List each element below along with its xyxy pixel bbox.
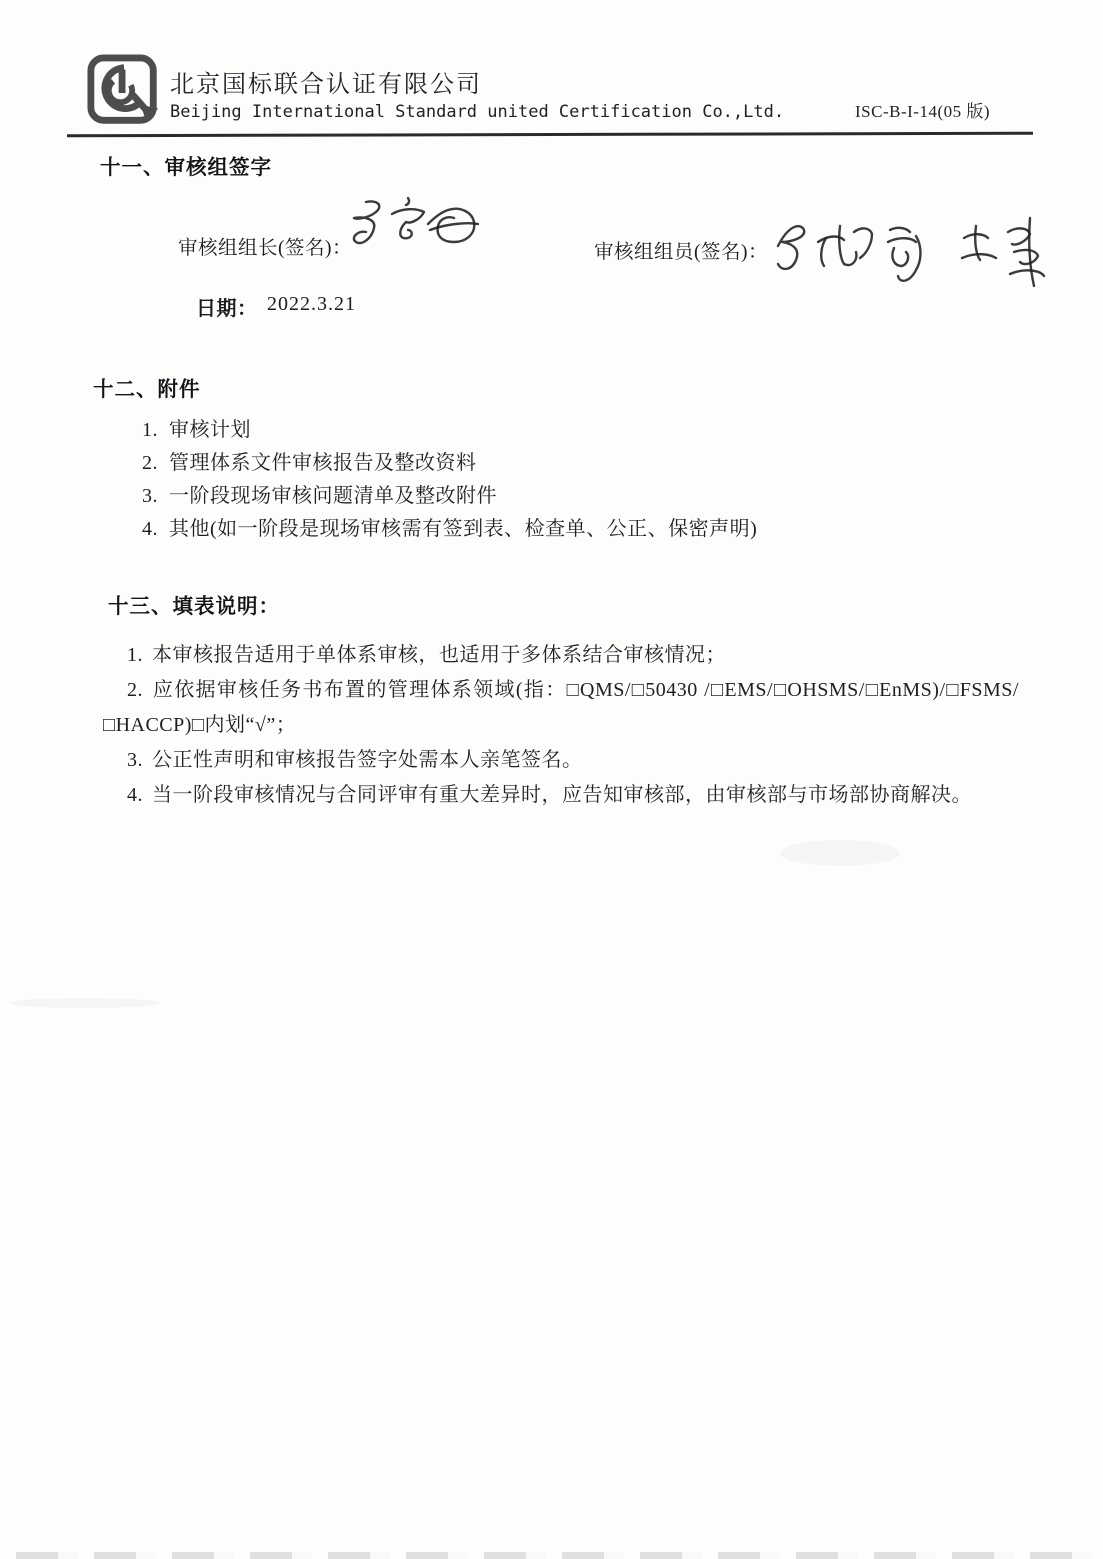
attachment-item: 4.其他(如一阶段是现场审核需有签到表、检查单、公正、保密声明) [142,513,757,546]
section-11-title: 十一、审核组签字 [100,150,272,180]
note-item: 3.公正性声明和审核报告签字处需本人亲笔签名。 [103,743,1019,778]
attachment-item: 3.一阶段现场审核问题清单及整改附件 [142,480,757,513]
company-name-english: Beijing International Standard united Ce… [170,102,784,122]
note-item: 2.应依据审核任务书布置的管理体系领域(指：□QMS/□50430 /□EMS/… [103,673,1019,743]
scan-edge-artifact [0,1552,1103,1559]
header-divider [67,132,1033,137]
item-number: 4. [127,784,143,806]
section-12-title: 十二、附件 [93,372,201,402]
form-code: ISC-B-I-14(05 版) [855,97,990,122]
members-handwritten-signatures [760,202,1057,294]
section-13-title: 十三、填表说明： [108,589,280,619]
attachment-item: 1.审核计划 [142,414,757,447]
date-value: 2022.3.21 [267,293,356,316]
company-name-chinese: 北京国标联合认证有限公司 [170,64,482,99]
item-text: 公正性声明和审核报告签字处需本人亲笔签名。 [152,749,583,771]
item-number: 3. [127,749,143,771]
item-text: 一阶段现场审核问题清单及整改附件 [169,485,497,507]
notes-list: 1.本审核报告适用于单体系审核，也适用于多体系结合审核情况； 2.应依据审核任务… [103,638,1019,813]
item-text: 其他(如一阶段是现场审核需有签到表、检查单、公正、保密声明) [169,518,757,540]
attachment-item: 2.管理体系文件审核报告及整改资料 [142,447,757,480]
item-number: 1. [142,419,158,441]
item-text: 当一阶段审核情况与合同评审有重大差异时，应告知审核部，由审核部与市场部协商解决。 [152,784,972,806]
attachments-list: 1.审核计划 2.管理体系文件审核报告及整改资料 3.一阶段现场审核问题清单及整… [142,414,757,546]
leader-handwritten-signature [336,190,488,268]
item-number: 2. [142,452,158,474]
item-text: 本审核报告适用于单体系审核，也适用于多体系结合审核情况； [152,644,726,666]
item-text: 管理体系文件审核报告及整改资料 [169,452,477,474]
item-number: 3. [142,485,158,507]
scan-smudge [10,998,160,1008]
scanned-audit-report-page: 北京国标联合认证有限公司 Beijing International Stand… [0,0,1103,1559]
item-number: 2. [127,679,143,701]
date-label: 日期： [196,292,258,321]
note-item: 4.当一阶段审核情况与合同评审有重大差异时，应告知审核部，由审核部与市场部协商解… [103,778,1019,813]
item-number: 1. [127,644,143,666]
item-text: 审核计划 [169,419,251,441]
leader-signature-label: 审核组组长(签名)： [178,232,352,260]
company-logo-icon [86,52,164,134]
note-item: 1.本审核报告适用于单体系审核，也适用于多体系结合审核情况； [103,638,1019,673]
members-signature-label: 审核组组员(签名)： [594,236,768,264]
item-text: 应依据审核任务书布置的管理体系领域(指：□QMS/□50430 /□EMS/□O… [103,679,1019,736]
item-number: 4. [142,518,158,540]
scan-smudge [780,840,900,866]
